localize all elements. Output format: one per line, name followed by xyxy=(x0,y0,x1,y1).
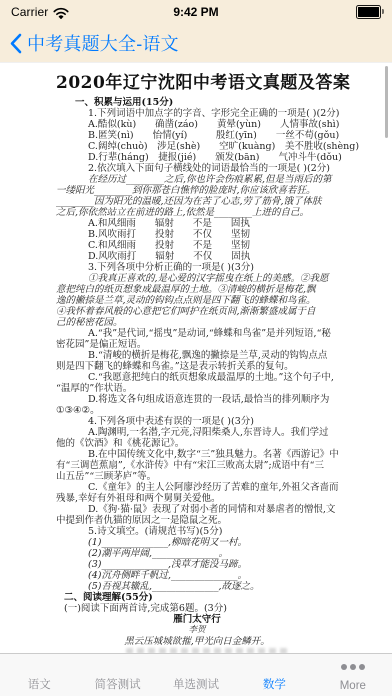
tab-label: 单选测试 xyxy=(157,676,235,692)
tab-more[interactable]: More xyxy=(314,654,392,696)
carrier-label: Carrier xyxy=(11,5,48,19)
doc-line: 逸的撇捺是兰草,灵动的钩钩点点则是四下翻飞的蜂蝶和鸟雀。 xyxy=(56,295,348,306)
doc-line: B.在中国传统文化中,数字“三”独具魅力。名著《西游记》中 xyxy=(56,449,348,460)
doc-line: 意把纯白的纸页想象成最温厚的土地。③清峻的横折是梅花,飘 xyxy=(56,284,348,295)
doc-line: 3.下列各项中分析正确的一项是( )(3分) xyxy=(56,262,348,273)
doc-line: “温厚的”作状语。 xyxy=(56,383,348,394)
doc-line: 李贺 xyxy=(56,625,348,636)
doc-line: (1)______________,柳暗花明又一村。 xyxy=(56,537,348,548)
tab-chinese[interactable]: 语文 xyxy=(0,654,78,696)
back-label: 中考真题大全-语文 xyxy=(27,30,179,56)
doc-line: 密花园”是偏正短语。 xyxy=(56,339,348,350)
doc-line: A.陶渊明,一名潜,字元亮,浔阳柴桑人,东晋诗人。我们学过 xyxy=(56,427,348,438)
doc-line: (5)吾视其辙乱,______________,故逐之。 xyxy=(56,581,348,592)
doc-line: 之后,你依然站立在前进的路上,依然是________上进的自己。 xyxy=(56,207,348,218)
back-button[interactable]: 中考真题大全-语文 xyxy=(9,30,179,56)
status-bar: Carrier 9:42 PM xyxy=(0,0,392,24)
doc-line: 山五岳”“三顾茅庐”等。 xyxy=(56,471,348,482)
doc-line: B.匿笑(nì) 怡情(yí) 殷红(yīn) 一丝不苟(gǒu) xyxy=(56,130,348,141)
doc-line: (3)______________,浅草才能没马蹄。 xyxy=(56,559,348,570)
status-right xyxy=(356,5,381,19)
doc-line: C.阔绰(chuò) 涉足(shè) 空旷(kuàng) 美不胜收(shèng) xyxy=(56,141,348,152)
tab-multiple-choice-test[interactable]: 单选测试 xyxy=(157,654,235,696)
doc-line: 一、积累与运用(15分) xyxy=(56,97,348,108)
tab-short-answer-test[interactable]: 简答测试 xyxy=(78,654,156,696)
doc-line: 黑云压城城欲摧,甲光向日金鳞开。 xyxy=(56,636,348,647)
doc-line: 己的秘密花园。 xyxy=(56,317,348,328)
tab-label: 数学 xyxy=(235,676,313,692)
status-left: Carrier xyxy=(11,5,69,19)
doc-line: 则是四下翻飞的蜂蝶和鸟雀。”这是表示转折关系的复句。 xyxy=(56,361,348,372)
doc-line: (4)沉舟侧畔千帆过,______________。 xyxy=(56,570,348,581)
doc-line: C.“我愿意把纯白的纸页想象成最温厚的土地。”这个句子中, xyxy=(56,372,348,383)
doc-line: A.“我”是代词,“摇曳”是动词,“蜂蝶和鸟雀”是并列短语,“秘 xyxy=(56,328,348,339)
doc-line: D.行辈(háng) 捷报(jié) 颁发(bān) 气冲斗牛(dǒu) xyxy=(56,152,348,163)
doc-line: 中提到作者仇猫的原因之一是隐鼠之死。 xyxy=(56,515,348,526)
doc-line: D.风吹雨打 辐射 不仅 固执 xyxy=(56,251,348,262)
doc-line: 2.依次填入下面句子横线处的词语最恰当的一项是( )(2分) xyxy=(56,163,348,174)
back-chevron-icon xyxy=(9,33,22,54)
doc-line: 雁门太守行 xyxy=(56,614,348,625)
document-view[interactable]: 2020年辽宁沈阳中考语文真题及答案 一、积累与运用(15分)1.下列词语中加点… xyxy=(0,62,392,653)
doc-line: (一)阅读下面两首诗,完成第6题。(3分) xyxy=(56,603,348,614)
tab-bar: 语文 简答测试 单选测试 数学 More xyxy=(0,653,392,696)
nav-bar: 中考真题大全-语文 xyxy=(0,24,392,62)
doc-line: 4.下列各项中表述有误的一项是( )(3分) xyxy=(56,416,348,427)
more-dots-icon xyxy=(314,664,392,670)
doc-line: (2)潮平两岸阔,______________。 xyxy=(56,548,348,559)
tab-label: More xyxy=(314,680,392,692)
doc-line: 在经历过________之后,你也许会伤痕累累,但是当雨后的第 xyxy=(56,174,348,185)
scroll-indicator[interactable] xyxy=(385,66,388,138)
document-title: 2020年辽宁沈阳中考语文真题及答案 xyxy=(56,68,348,93)
doc-line: ①我真正喜欢的,是心爱的汉字摇曳在纸上的美感。②我愿 xyxy=(56,273,348,284)
document-lines: 一、积累与运用(15分)1.下列词语中加点字的字音、字形完全正确的一项是( )(… xyxy=(56,97,348,647)
doc-line: 5.诗文填空。(请规范书写)(5分) xyxy=(56,526,348,537)
doc-line: B.“清峻的横折是梅花,飘逸的撇捺是兰草,灵动的钩钩点点 xyxy=(56,350,348,361)
doc-line: 有“三调芭蕉扇”,《水浒传》中有“宋江三败高太尉”;成语中有“三 xyxy=(56,460,348,471)
app-screen: Carrier 9:42 PM 中考真题大全-语文 xyxy=(0,0,392,696)
doc-line: B.风吹雨打 投射 不仅 坚韧 xyxy=(56,229,348,240)
doc-line: 1.下列词语中加点字的字音、字形完全正确的一项是( )(2分) xyxy=(56,108,348,119)
tab-label: 简答测试 xyxy=(78,676,156,692)
doc-line: C.《童年》的主人公阿廖沙经历了苦难的童年,外祖父吝啬而 xyxy=(56,482,348,493)
doc-line: 残暴,幸好有外祖母和两个舅舅关爱他。 xyxy=(56,493,348,504)
doc-line: 二、阅读理解(55分) xyxy=(56,592,348,603)
doc-line: ①③④②。 xyxy=(56,405,348,416)
doc-line: D.将选文各句组成语意连贯的一段话,最恰当的排列顺序为 xyxy=(56,394,348,405)
doc-line: A.和风细雨 辐射 不是 固执 xyxy=(56,218,348,229)
wifi-icon xyxy=(53,7,69,19)
doc-line: ________因为阳光的温暖,还因为在苦了心志,劳了筋骨,饿了体肤 xyxy=(56,196,348,207)
tab-math[interactable]: 数学 xyxy=(235,654,313,696)
doc-line: 他的《饮酒》和《桃花源记》。 xyxy=(56,438,348,449)
doc-line: 一缕阳光________到你那苍白憔悴的脸庞时,你应该欣喜若狂。 xyxy=(56,185,348,196)
battery-icon xyxy=(356,5,381,19)
doc-line: D.《狗·猫·鼠》表现了对弱小者的同情和对暴虐者的憎恨,文 xyxy=(56,504,348,515)
tab-label: 语文 xyxy=(0,676,78,692)
doc-line: A.酷似(kù) 确凿(záo) 黄晕(yùn) 人情事故(shì) xyxy=(56,119,348,130)
doc-line: C.和风细雨 投射 不是 坚韧 xyxy=(56,240,348,251)
doc-line: ④我怀着春风般的心意把它们呵护在纸页间,渐渐繁盛成属于自 xyxy=(56,306,348,317)
